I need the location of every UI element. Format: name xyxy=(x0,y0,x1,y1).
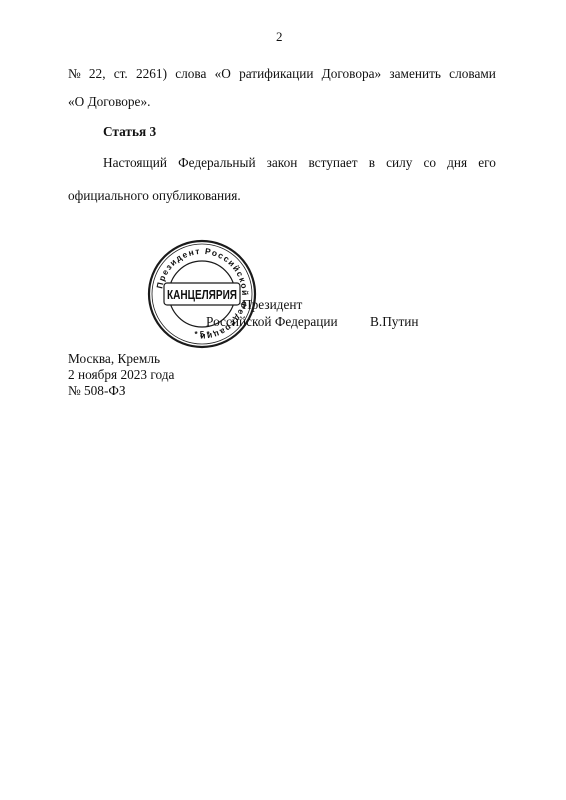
word: Федеральный xyxy=(178,155,255,171)
word: 22, xyxy=(89,66,106,82)
word: заменить xyxy=(389,66,441,82)
word: словами xyxy=(449,66,496,82)
word: Настоящий xyxy=(103,155,167,171)
word: ст. xyxy=(114,66,128,82)
word: 2261) xyxy=(136,66,167,82)
word: вступает xyxy=(308,155,357,171)
article-line-1: Настоящий Федеральный закон вступает в с… xyxy=(103,155,496,171)
official-seal-stamp: КАНЦЕЛЯРИЯ Президент Российской Федераци… xyxy=(147,239,257,349)
paragraph-line-1: № 22, ст. 2261) слова «О ратификации Дог… xyxy=(68,66,496,82)
stamp-center-text: КАНЦЕЛЯРИЯ xyxy=(167,288,237,302)
place: Москва, Кремль xyxy=(68,351,160,367)
word: дня xyxy=(447,155,467,171)
word: ратификации xyxy=(239,66,313,82)
article-heading: Статья 3 xyxy=(103,124,156,140)
signature-name: В.Путин xyxy=(370,314,419,330)
word: № xyxy=(68,66,81,82)
word: Договора» xyxy=(322,66,382,82)
word: слова xyxy=(175,66,206,82)
word: в xyxy=(369,155,375,171)
word: его xyxy=(478,155,496,171)
word: закон xyxy=(267,155,298,171)
word: «О xyxy=(215,66,231,82)
word: со xyxy=(423,155,436,171)
article-line-2: официального опубликования. xyxy=(68,188,241,204)
stamp-bottom-text: * 5 * xyxy=(194,330,210,339)
paragraph-line-2: «О Договоре». xyxy=(68,94,150,110)
law-number: № 508-ФЗ xyxy=(68,383,126,399)
document-page: 2 № 22, ст. 2261) слова «О ратификации Д… xyxy=(0,0,566,800)
word: силу xyxy=(386,155,412,171)
date: 2 ноября 2023 года xyxy=(68,367,174,383)
page-number: 2 xyxy=(276,29,283,45)
